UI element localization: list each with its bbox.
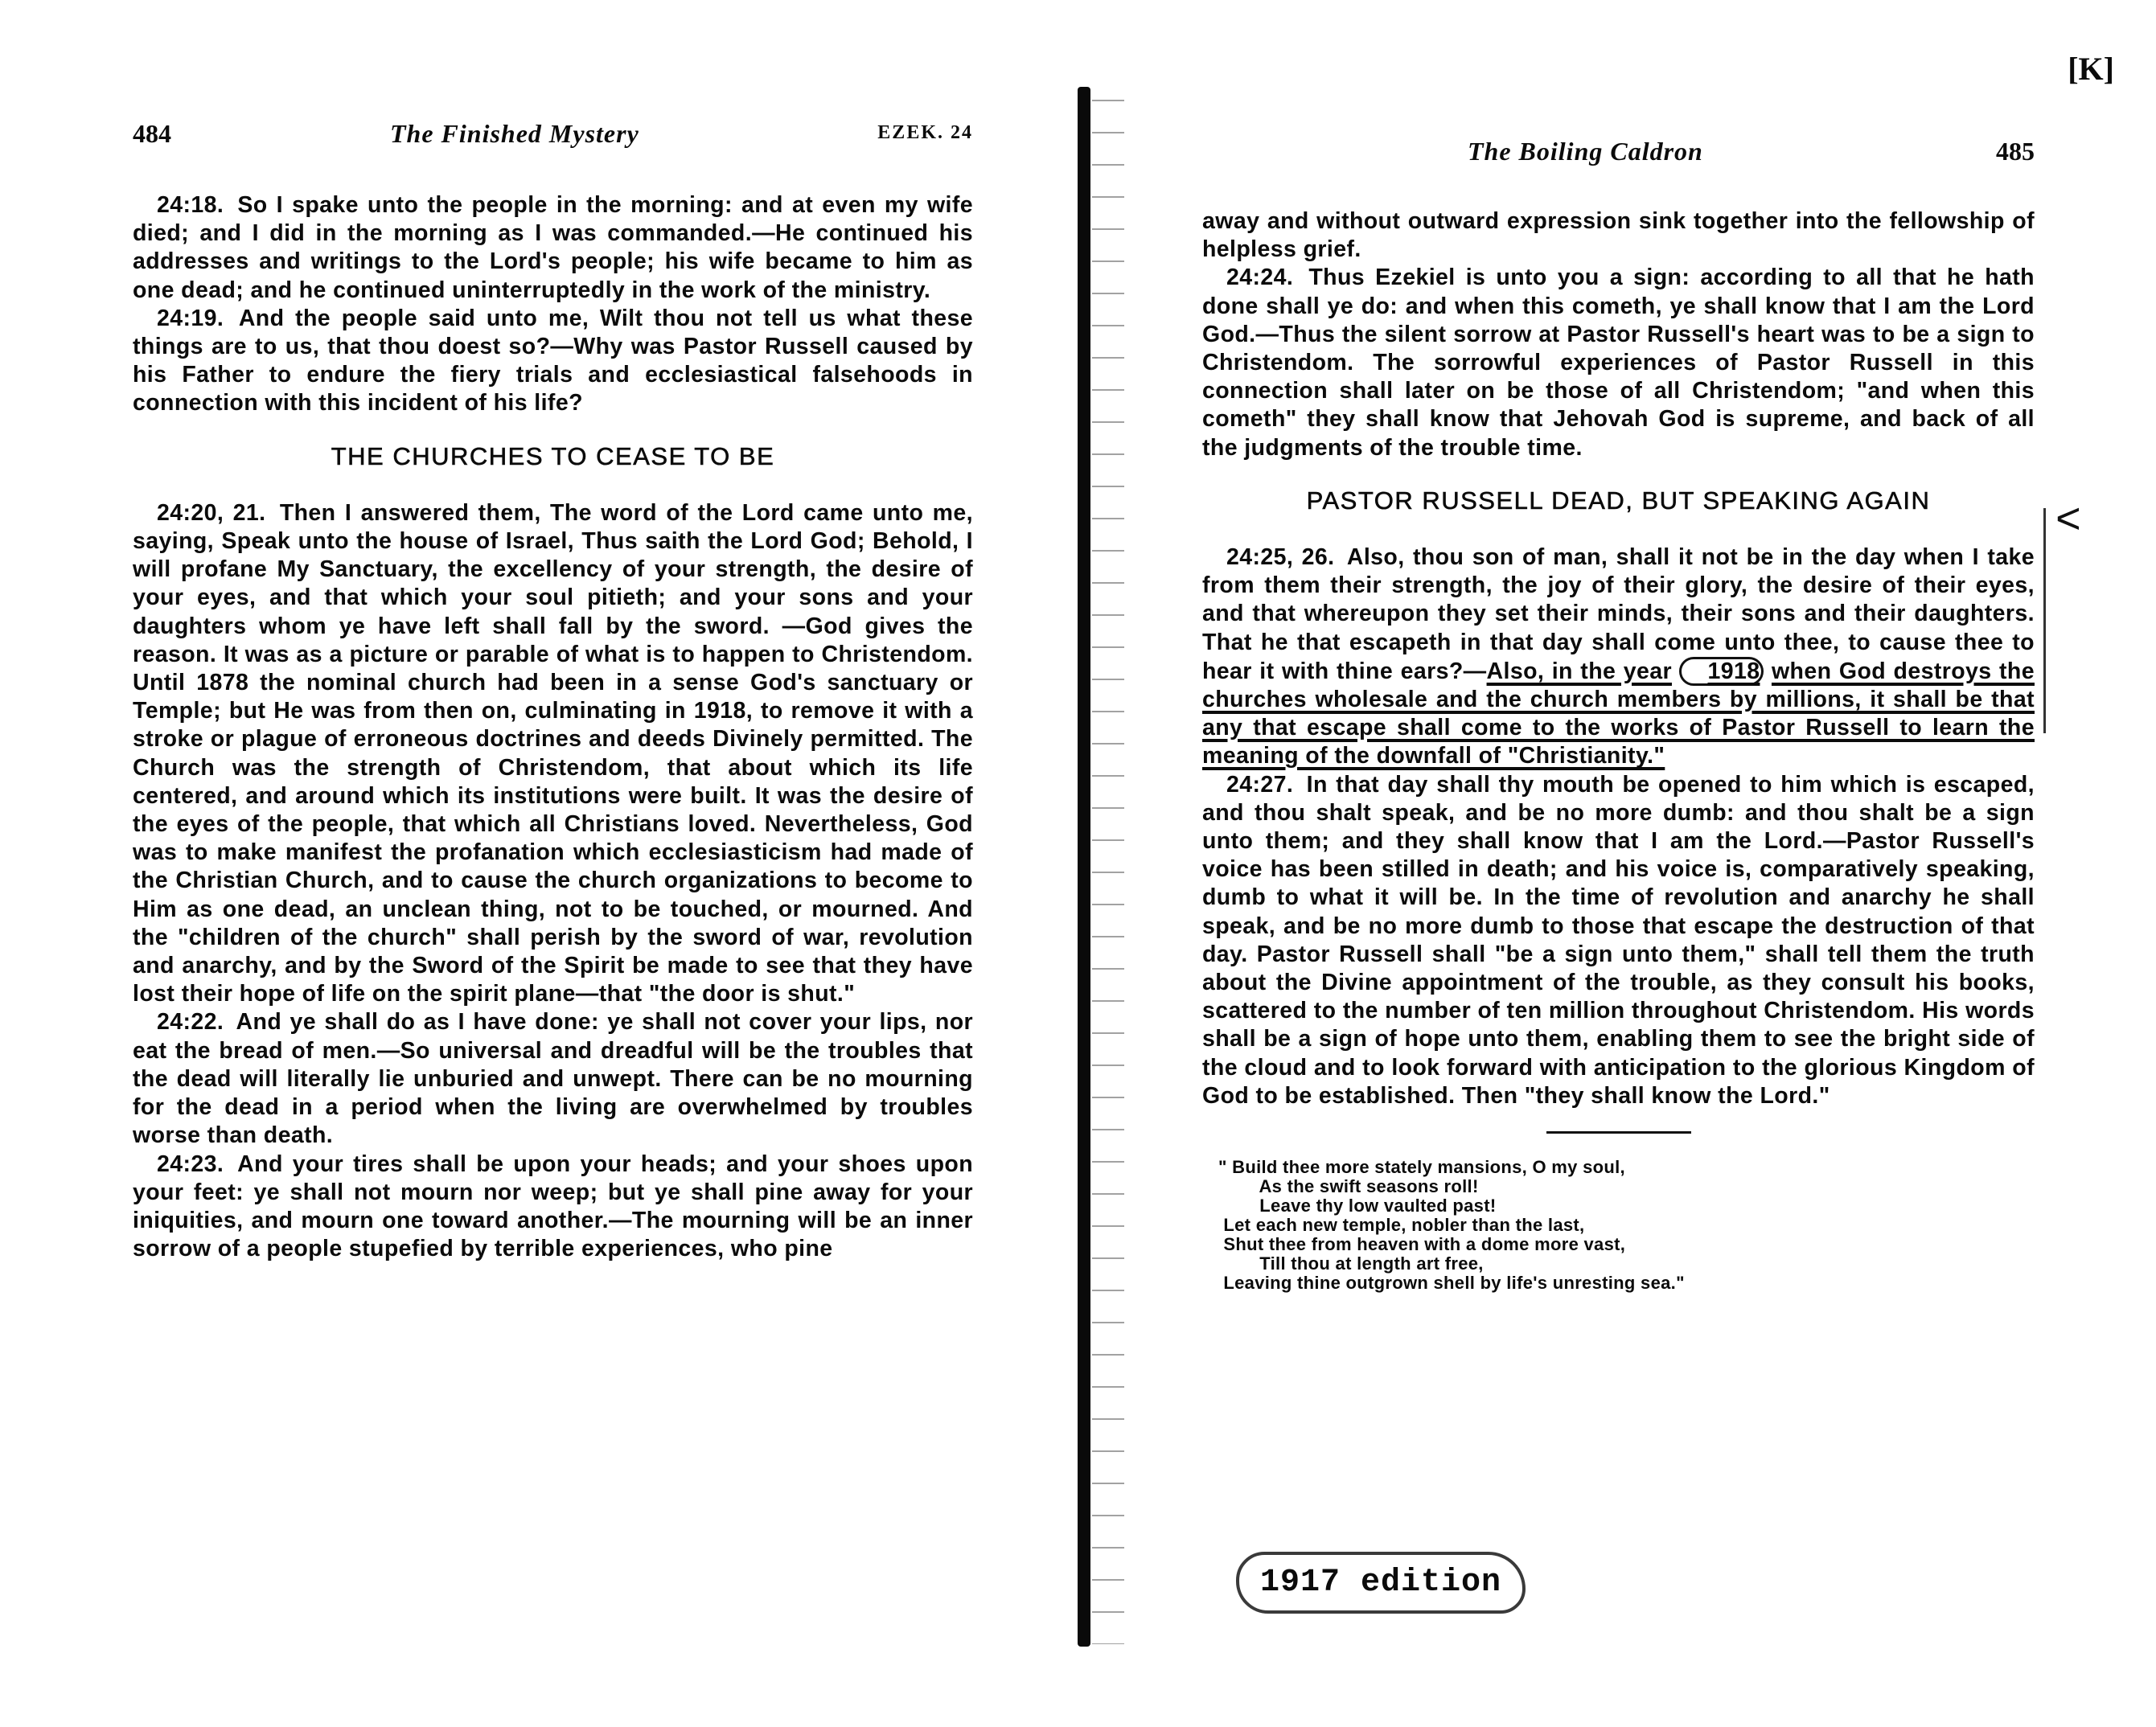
- verse-paragraph: 24:20, 21. Then I answered them, The wor…: [133, 499, 973, 1009]
- divider-rule: [1546, 1131, 1691, 1134]
- section-heading: THE CHURCHES TO CEASE TO BE: [133, 442, 973, 470]
- verse-paragraph: 24:23. And your tires shall be upon your…: [133, 1151, 973, 1264]
- page-number: 484: [133, 119, 171, 149]
- margin-bracket: [2043, 508, 2046, 733]
- circled-year: 1918: [1679, 657, 1764, 686]
- poem-line: Leaving thine outgrown shell by life's u…: [1218, 1274, 2035, 1293]
- poem-line: Let each new temple, nobler than the las…: [1218, 1216, 2035, 1235]
- poem-line: " Build thee more stately mansions, O my…: [1218, 1158, 2035, 1177]
- verse-paragraph: 24:18. So I spake unto the people in the…: [133, 191, 973, 305]
- edition-stamp: 1917 edition: [1236, 1552, 1526, 1614]
- running-head-right: The Boiling Caldron 485: [1202, 137, 2035, 177]
- poem-line: As the swift seasons roll!: [1218, 1177, 2035, 1196]
- exhibit-label: [K]: [2068, 50, 2114, 88]
- continuation-paragraph: away and without outward expression sink…: [1202, 207, 2035, 264]
- underlined-passage: Also, in the year: [1487, 658, 1672, 684]
- highlighted-verse-paragraph: 24:25, 26. Also, thou son of man, shall …: [1202, 544, 2035, 771]
- verse-paragraph: 24:19. And the people said unto me, Wilt…: [133, 305, 973, 418]
- poem-line: Leave thy low vaulted past!: [1218, 1196, 2035, 1216]
- verse-paragraph: 24:22. And ye shall do as I have done: y…: [133, 1008, 973, 1150]
- poem-quote: " Build thee more stately mansions, O my…: [1218, 1158, 2035, 1293]
- running-head-left: 484 The Finished Mystery EZEK. 24: [133, 119, 973, 159]
- verse-paragraph: 24:27. In that day shall thy mouth be op…: [1202, 771, 2035, 1110]
- verse-paragraph: 24:24. Thus Ezekiel is unto you a sign: …: [1202, 264, 2035, 461]
- poem-line: Shut thee from heaven with a dome more v…: [1218, 1235, 2035, 1254]
- poem-line: Till thou at length art free,: [1218, 1254, 2035, 1274]
- running-title: The Finished Mystery: [390, 119, 639, 149]
- scan-noise: [1092, 88, 1124, 1644]
- page-number: 485: [1996, 137, 2035, 166]
- book-gutter: [1078, 87, 1090, 1647]
- section-heading: PASTOR RUSSELL DEAD, BUT SPEAKING AGAIN: [1202, 486, 2035, 515]
- arrow-left-icon: <: [2031, 505, 2081, 533]
- left-page-body: 24:18. So I spake unto the people in the…: [133, 191, 973, 1263]
- chapter-reference: EZEK. 24: [877, 122, 973, 144]
- running-title: The Boiling Caldron: [1468, 137, 1703, 166]
- right-page-body: away and without outward expression sink…: [1202, 207, 2035, 1293]
